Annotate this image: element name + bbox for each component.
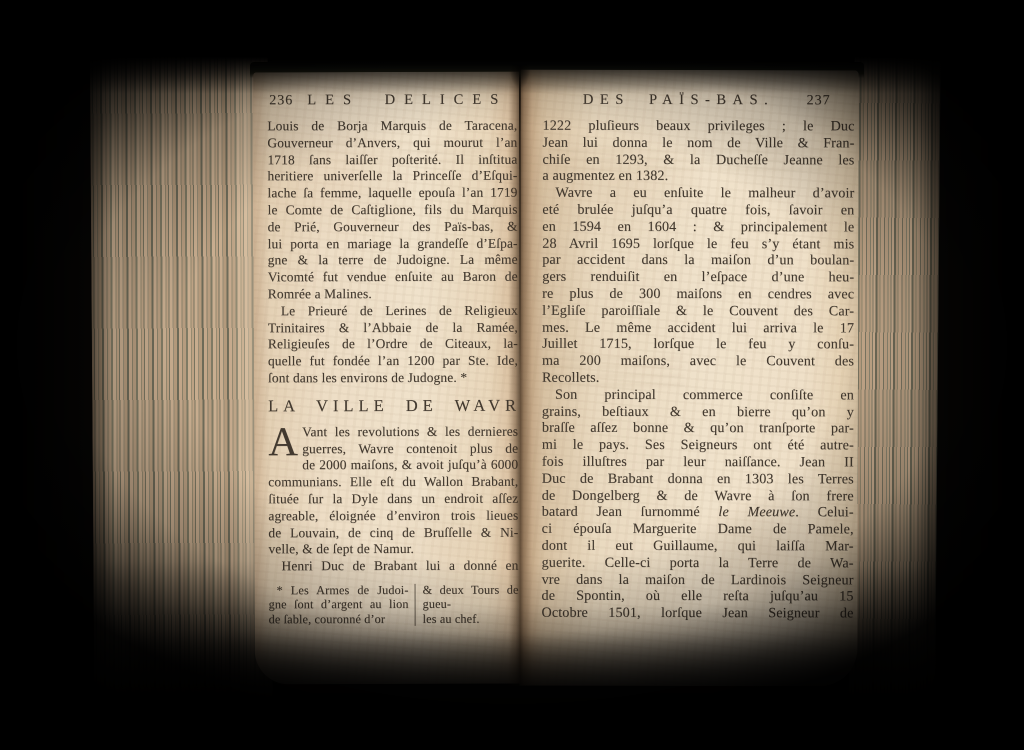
page-number: 236 <box>269 93 293 109</box>
footnote: * Les Armes de Judoi-gne ſont d’argent a… <box>269 583 519 627</box>
left-page: 236 LES DELICES Louis de Borja Marquis d… <box>253 72 521 685</box>
footnote-rule <box>415 584 416 626</box>
text-line: le Comte de Caſtiglione, fils du Marquis <box>268 202 518 219</box>
text-line: lui porta en mariage la grandeſſe d’Eſpa… <box>268 235 518 252</box>
text-line: Son principal commerce conſiſte en <box>542 386 854 403</box>
fore-edge-left <box>90 11 273 716</box>
text-line: quelle fut fondée l’an 1200 par Ste. Ide… <box>268 353 518 370</box>
paragraph: Son principal commerce conſiſte engrains… <box>541 386 853 622</box>
text-line: Henri Duc de Brabant lui a donné en <box>268 558 518 575</box>
text-line: les au chef. <box>423 611 519 626</box>
text-line: * Les Armes de Judoi- <box>269 583 409 598</box>
text-line: vre dans la maiſon de Lardinois Seigneur <box>542 571 854 588</box>
left-page-header: 236 LES DELICES <box>267 92 517 115</box>
text-line: Juillet 1715, lorſque le feu y conſu- <box>542 336 854 353</box>
right-page-content: DES PAÏS-BAS. 237 1222 pluſieurs beaux p… <box>541 92 854 623</box>
text-line: mi le pays. Ses Seigneurs ont été autre- <box>542 437 854 454</box>
text-line: Trinitaires & l’Abbaie de la Ramée, <box>268 319 518 336</box>
text-line: heritiere univerſelle la Princeſſe d’Eſq… <box>267 168 517 185</box>
text-line: a augmentez en 1382. <box>542 168 854 185</box>
text-line: ſituée ſur la Dyle dans un endroit aſſez <box>268 491 518 508</box>
text-line: de Louvain, de cinq de Bruſſelle & Ni- <box>268 524 518 541</box>
text-line: & deux Tours de gueu- <box>423 583 519 612</box>
text-line: de ſable, couronné d’or <box>269 611 409 626</box>
text-line: lache ſa femme, laquelle epouſa l’an 171… <box>267 185 517 202</box>
footnote-column: & deux Tours de gueu-les au chef. <box>423 583 519 626</box>
text-line: l’Egliſe paroiſſiale & le Couvent des Ca… <box>542 302 854 319</box>
text-line: de Dongelberg & de Wavre à ſon frere <box>542 487 854 504</box>
right-page: DES PAÏS-BAS. 237 1222 pluſieurs beaux p… <box>519 70 858 687</box>
text-line: de Prié, Gouverneur des Païs-bas, & <box>268 218 518 235</box>
text-line: guerres, Wavre contenoit plus de <box>268 440 518 457</box>
text-line: de Spontin, où elle reſta juſqu’au 15 <box>542 588 854 605</box>
text-line: Religieuſes de l’Ordre de Citeaux, la- <box>268 336 518 353</box>
text-line: chiſe en 1293, & la Ducheſſe Jeanne les <box>542 151 854 168</box>
book-photo: 236 LES DELICES Louis de Borja Marquis d… <box>0 0 1024 750</box>
running-title: LES DELICES <box>297 92 517 110</box>
page-number: 237 <box>807 93 831 109</box>
fore-edge-right <box>849 20 941 703</box>
paragraph: Louis de Borja Marquis de Taracena,Gouve… <box>267 118 517 303</box>
text-line: Louis de Borja Marquis de Taracena, <box>267 118 517 135</box>
text-line: Recollets. <box>542 370 854 387</box>
text-line: dont il eut Guillaume, qui laiſſa Mar- <box>542 538 854 555</box>
text-line: mes. Le même accident lui arriva le 17 <box>542 319 854 336</box>
text-line: Romrée a Malines. <box>268 286 518 303</box>
text-line: Gouverneur d’Anvers, qui mourut l’an <box>267 134 517 151</box>
text-line: de 2000 maiſons, & avoit juſqu’à 6000 <box>268 457 518 474</box>
text-line: Octobre 1501, lorſque Jean Seigneur de <box>541 605 853 622</box>
text-line: 1718 ſans laiſſer poſterité. Il inſtitua <box>267 151 517 168</box>
text-line: par accident dans la maiſon d’un boulan- <box>542 252 854 269</box>
right-page-header: DES PAÏS-BAS. 237 <box>543 92 855 115</box>
text-line: communians. Elle eſt du Wallon Brabant, <box>268 474 518 491</box>
left-text-column: Louis de Borja Marquis de Taracena,Gouve… <box>267 118 518 626</box>
text-line: gers renduiſit en l’eſpace d’une heu- <box>542 269 854 286</box>
text-line: fois illuſtres par leur naiſſance. Jean … <box>542 454 854 471</box>
text-line: Wavre a eu enſuite le malheur d’avoir <box>542 185 854 202</box>
text-line: grains, beſtiaux & en bierre qu’on y <box>542 403 854 420</box>
drop-cap: A <box>268 425 298 458</box>
text-line: 1222 pluſieurs beaux privileges ; le Duc <box>543 118 855 135</box>
text-line: guerite. Celle-ci porta la Terre de Wa- <box>542 554 854 571</box>
running-title: DES PAÏS-BAS. <box>543 92 815 110</box>
text-line: velle, & de ſept de Namur. <box>268 541 518 558</box>
paragraph: 1222 pluſieurs beaux privileges ; le Duc… <box>542 118 854 186</box>
left-page-content: 236 LES DELICES Louis de Borja Marquis d… <box>267 92 518 626</box>
text-line: Vicomté fut vendue enſuite au Baron de <box>268 269 518 286</box>
text-line: batard Jean ſurnommé le Meeuwe. Celui- <box>542 504 854 521</box>
text-line: ma 200 maiſons, avec le Couvent des <box>542 353 854 370</box>
text-line: 28 Avril 1695 lorſque le feu s’y étant m… <box>542 235 854 252</box>
text-line: gne ſont d’argent au lion <box>269 597 409 612</box>
text-line: ſont dans les environs de Judogne. * <box>268 370 518 387</box>
paragraph: Wavre a eu enſuite le malheur d’avoireté… <box>542 185 854 387</box>
text-line: ci épouſa Marguerite Dame de Pamele, <box>542 521 854 538</box>
paragraph: AVant les revolutions & les dernieresgue… <box>268 423 518 558</box>
paragraph: Henri Duc de Brabant lui a donné en <box>268 558 518 575</box>
text-line: braſſe aſſez bonne & qu’on tranſporte pa… <box>542 420 854 437</box>
footnote-column: * Les Armes de Judoi-gne ſont d’argent a… <box>269 583 409 626</box>
section-heading: LA VILLE DE WAVRE <box>268 395 518 416</box>
text-line: gne & la terre de Judoigne. La même <box>268 252 518 269</box>
right-text-column: 1222 pluſieurs beaux privileges ; le Duc… <box>541 118 854 623</box>
text-line: Le Prieuré de Lerines de Religieux <box>268 302 518 319</box>
text-line: Jean lui donna le nom de Ville & Fran- <box>542 134 854 151</box>
text-line: agreable, éloignée d’environ trois lieue… <box>268 507 518 524</box>
text-line: en 1594 en 1604 : & principalement le <box>542 218 854 235</box>
text-line: Vant les revolutions & les dernieres <box>268 423 518 440</box>
paragraph: Le Prieuré de Lerines de ReligieuxTrinit… <box>268 302 518 387</box>
text-line: eté brulée juſqu’a quatre fois, ſavoir e… <box>542 202 854 219</box>
text-line: re plus de 300 maiſons en cendres avec <box>542 286 854 303</box>
text-line: Duc de Brabant donna en 1303 les Terres <box>542 470 854 487</box>
